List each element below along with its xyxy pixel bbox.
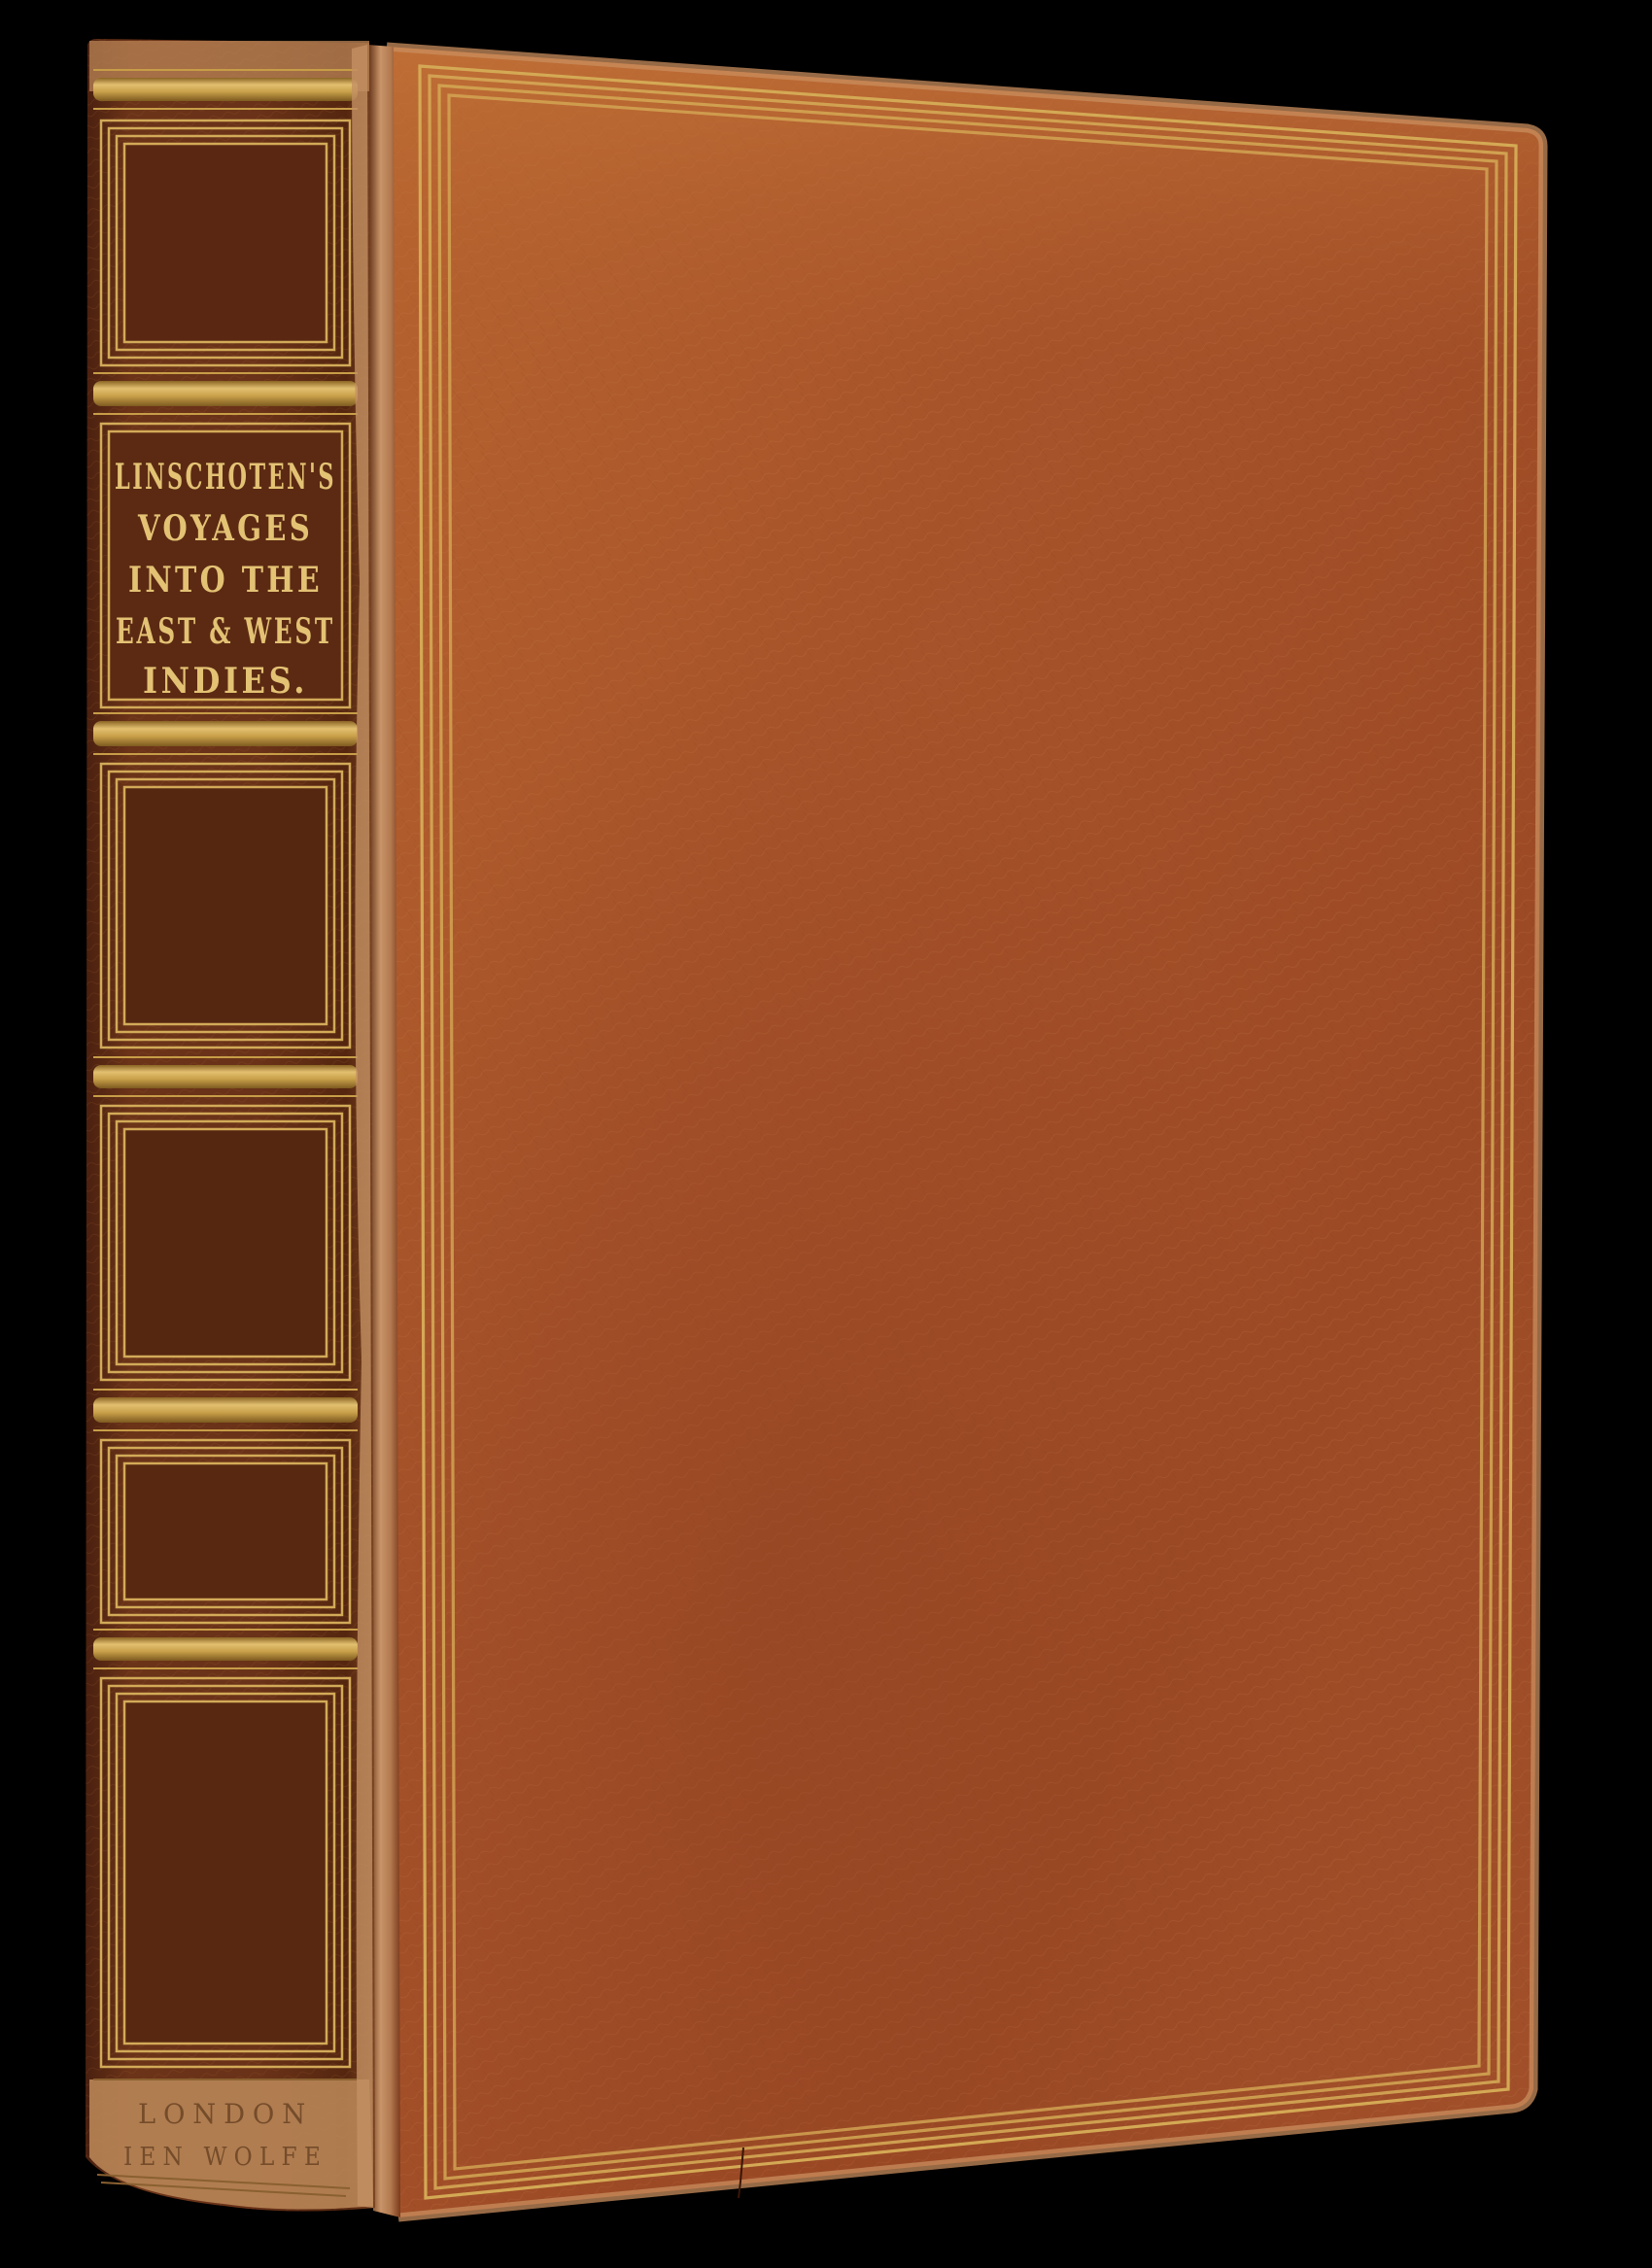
- spine-title: LINSCHOTEN'S VOYAGES INTO THE EAST & WES…: [115, 457, 336, 702]
- spine-title-line-3: INTO THE: [128, 560, 323, 601]
- spine-title-line-5: INDIES.: [143, 661, 308, 702]
- photo-stage: LINSCHOTEN'S VOYAGES INTO THE EAST & WES…: [0, 0, 1652, 2268]
- spine: [86, 39, 375, 2212]
- spine-panel-5: [101, 1440, 350, 1623]
- spine-panel-3: [101, 764, 350, 1048]
- spine-panel-6: [101, 1678, 350, 2067]
- spine-panel-1: [101, 120, 350, 365]
- imprint-line-1: LONDON: [138, 2098, 313, 2130]
- front-cover: [387, 47, 1543, 2217]
- imprint-line-2: IEN WOLFE: [123, 2143, 327, 2172]
- spine-title-line-1: LINSCHOTEN'S: [115, 457, 336, 498]
- spine-panel-4: [101, 1106, 350, 1380]
- spine-title-line-2: VOYAGES: [137, 508, 313, 549]
- book-photo: LINSCHOTEN'S VOYAGES INTO THE EAST & WES…: [0, 0, 1652, 2268]
- spine-title-line-4: EAST & WEST: [116, 611, 335, 652]
